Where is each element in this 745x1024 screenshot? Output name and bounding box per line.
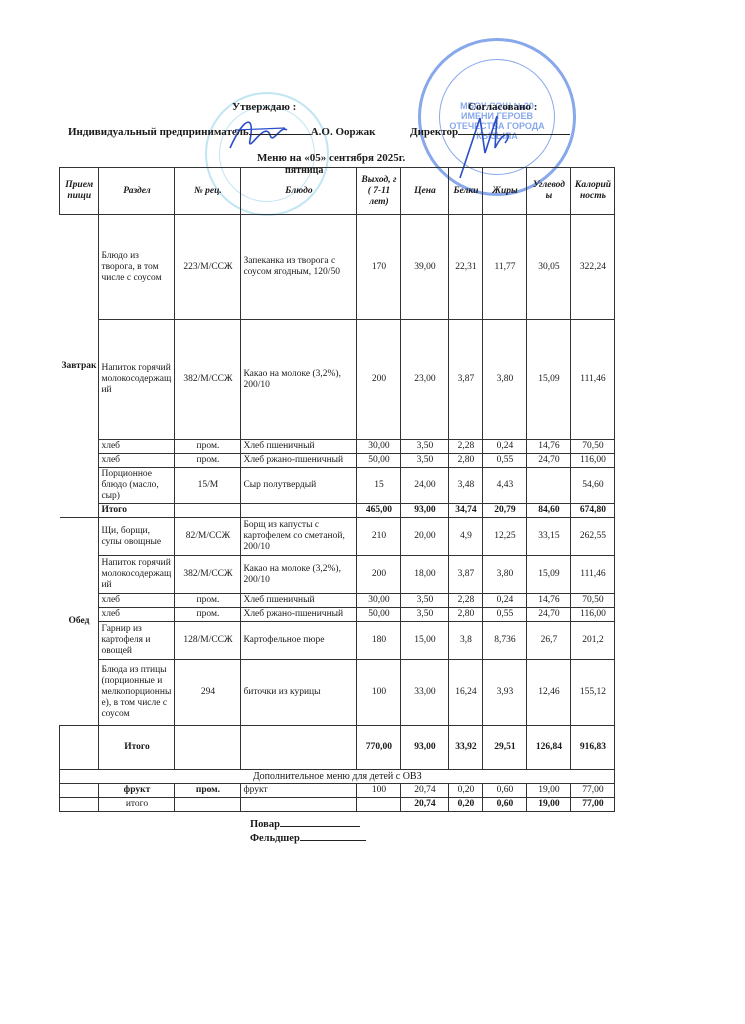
- total-row: итого20,740,200,6019,0077,00: [60, 798, 615, 812]
- cell-kcal: 262,55: [571, 518, 615, 556]
- cell-recipe: пром.: [175, 440, 241, 454]
- total-yield: 465,00: [357, 504, 401, 518]
- table-row: Гарнир из картофеля и овощей128/М/ССЖКар…: [60, 622, 615, 660]
- blank-cell: [241, 504, 357, 518]
- cell-protein: 3,48: [449, 468, 483, 504]
- cell-carbs: 12,46: [527, 660, 571, 726]
- cell-protein: 3,87: [449, 320, 483, 440]
- table-row: хлебпром.Хлеб ржано-пшеничный50,003,502,…: [60, 608, 615, 622]
- signature-line: [249, 134, 311, 135]
- col-meal: Прием пищи: [60, 168, 99, 215]
- cell-section: Блюдо из творога, в том числе с соусом: [99, 215, 175, 320]
- table-row: фруктпром.фрукт10020,740,200,6019,0077,0…: [60, 784, 615, 798]
- cell-recipe: пром.: [175, 784, 241, 798]
- table-row: Напиток горячий молокосодержащ ий382/М/С…: [60, 556, 615, 594]
- total-protein: 34,74: [449, 504, 483, 518]
- cell-fat: 12,25: [483, 518, 527, 556]
- blank-cell: [60, 784, 99, 798]
- col-dish: Блюдо: [241, 168, 357, 215]
- col-protein: Белки: [449, 168, 483, 215]
- medic-label: Фельдшер: [250, 833, 300, 844]
- cell-price: 33,00: [401, 660, 449, 726]
- cell-dish: Хлеб ржано-пшеничный: [241, 608, 357, 622]
- cell-dish: биточки из курицы: [241, 660, 357, 726]
- cell-protein: 0,20: [449, 784, 483, 798]
- blank-cell: [60, 798, 99, 812]
- total-fat: 29,51: [483, 726, 527, 770]
- cell-protein: 3,8: [449, 622, 483, 660]
- cell-carbs: 14,76: [527, 594, 571, 608]
- total-price: 20,74: [401, 798, 449, 812]
- total-label: Итого: [99, 504, 175, 518]
- meal-label: Обед: [60, 518, 99, 726]
- cell-section: Порционное блюдо (масло, сыр): [99, 468, 175, 504]
- cell-protein: 22,31: [449, 215, 483, 320]
- extra-menu-title-row: Дополнительное меню для детей с ОВЗ: [60, 770, 615, 784]
- cell-recipe: пром.: [175, 454, 241, 468]
- medic-line: Фельдшер: [250, 832, 366, 846]
- total-protein: 0,20: [449, 798, 483, 812]
- col-fat: Жиры: [483, 168, 527, 215]
- entrepreneur-name: А.О. Ооржак: [311, 126, 376, 138]
- cell-kcal: 111,46: [571, 320, 615, 440]
- col-recipe: № рец.: [175, 168, 241, 215]
- cell-section: Напиток горячий молокосодержащ ий: [99, 320, 175, 440]
- col-price: Цена: [401, 168, 449, 215]
- total-row: Итого770,0093,0033,9229,51126,84916,83: [60, 726, 615, 770]
- cell-kcal: 322,24: [571, 215, 615, 320]
- agree-label: Согласовано :: [468, 101, 537, 113]
- cell-recipe: 15/М: [175, 468, 241, 504]
- cook-label: Повар: [250, 819, 280, 830]
- table-row: Порционное блюдо (масло, сыр)15/МСыр пол…: [60, 468, 615, 504]
- cell-yield: 30,00: [357, 440, 401, 454]
- cell-fat: 3,80: [483, 556, 527, 594]
- menu-title: Меню на «05» сентября 2025г.: [257, 152, 405, 164]
- director-label: Директор: [410, 126, 458, 138]
- cell-fat: 0,55: [483, 608, 527, 622]
- cell-yield: 180: [357, 622, 401, 660]
- cell-yield: 200: [357, 556, 401, 594]
- cell-price: 3,50: [401, 440, 449, 454]
- table-row: хлебпром.Хлеб ржано-пшеничный50,003,502,…: [60, 454, 615, 468]
- cell-section: фрукт: [99, 784, 175, 798]
- col-kcal: Калорий ность: [571, 168, 615, 215]
- cell-protein: 2,28: [449, 440, 483, 454]
- cell-kcal: 77,00: [571, 784, 615, 798]
- cell-kcal: 201,2: [571, 622, 615, 660]
- cell-fat: 3,80: [483, 320, 527, 440]
- menu-table: Прием пищи Раздел № рец. Блюдо Выход, г …: [59, 167, 615, 812]
- cell-price: 15,00: [401, 622, 449, 660]
- entrepreneur-label: Индивидуальный предприниматель: [68, 126, 249, 138]
- cell-price: 18,00: [401, 556, 449, 594]
- cell-section: Напиток горячий молокосодержащ ий: [99, 556, 175, 594]
- table-row: хлебпром.Хлеб пшеничный30,003,502,280,24…: [60, 594, 615, 608]
- cell-price: 3,50: [401, 594, 449, 608]
- cell-fat: 3,93: [483, 660, 527, 726]
- cell-carbs: 30,05: [527, 215, 571, 320]
- cell-section: Блюда из птицы (порционные и мелкопорцио…: [99, 660, 175, 726]
- total-label: Итого: [99, 726, 175, 770]
- table-header-row: Прием пищи Раздел № рец. Блюдо Выход, г …: [60, 168, 615, 215]
- cell-dish: Сыр полутвердый: [241, 468, 357, 504]
- cell-dish: Какао на молоке (3,2%), 200/10: [241, 556, 357, 594]
- cell-carbs: 33,15: [527, 518, 571, 556]
- meal-label: Завтрак: [60, 215, 99, 518]
- cell-carbs: 15,09: [527, 556, 571, 594]
- cell-dish: Хлеб пшеничный: [241, 594, 357, 608]
- cell-recipe: пром.: [175, 608, 241, 622]
- cell-dish: Картофельное пюре: [241, 622, 357, 660]
- cell-price: 23,00: [401, 320, 449, 440]
- total-price: 93,00: [401, 726, 449, 770]
- blank-cell: [60, 726, 99, 770]
- cell-protein: 4,9: [449, 518, 483, 556]
- cell-protein: 3,87: [449, 556, 483, 594]
- total-price: 93,00: [401, 504, 449, 518]
- cell-dish: Запеканка из творога с соусом ягодным, 1…: [241, 215, 357, 320]
- table-row: ОбедЩи, борщи, супы овощные82/М/ССЖБорщ …: [60, 518, 615, 556]
- cell-protein: 2,80: [449, 608, 483, 622]
- cell-carbs: [527, 468, 571, 504]
- cell-yield: 50,00: [357, 608, 401, 622]
- cell-yield: 30,00: [357, 594, 401, 608]
- total-kcal: 674,80: [571, 504, 615, 518]
- table-row: Напиток горячий молокосодержащ ий382/М/С…: [60, 320, 615, 440]
- cell-recipe: 294: [175, 660, 241, 726]
- cell-fat: 0,55: [483, 454, 527, 468]
- col-carbs: Углевод ы: [527, 168, 571, 215]
- cell-section: Щи, борщи, супы овощные: [99, 518, 175, 556]
- cell-kcal: 155,12: [571, 660, 615, 726]
- signature-line: [280, 826, 360, 827]
- cell-kcal: 70,50: [571, 594, 615, 608]
- cell-dish: фрукт: [241, 784, 357, 798]
- table-row: Блюда из птицы (порционные и мелкопорцио…: [60, 660, 615, 726]
- cell-yield: 210: [357, 518, 401, 556]
- approve-label: Утверждаю :: [232, 101, 296, 113]
- cell-recipe: 82/М/ССЖ: [175, 518, 241, 556]
- blank-cell: [175, 504, 241, 518]
- cell-section: хлеб: [99, 440, 175, 454]
- table-row: хлебпром.Хлеб пшеничный30,003,502,280,24…: [60, 440, 615, 454]
- cell-yield: 15: [357, 468, 401, 504]
- blank-cell: [357, 798, 401, 812]
- table-row: ЗавтракБлюдо из творога, в том числе с с…: [60, 215, 615, 320]
- cell-carbs: 19,00: [527, 784, 571, 798]
- cell-price: 39,00: [401, 215, 449, 320]
- cell-price: 3,50: [401, 608, 449, 622]
- footer-signatures: Повар Фельдшер: [250, 818, 366, 846]
- cell-yield: 100: [357, 784, 401, 798]
- cell-fat: 0,24: [483, 594, 527, 608]
- total-carbs: 19,00: [527, 798, 571, 812]
- total-fat: 0,60: [483, 798, 527, 812]
- cell-yield: 200: [357, 320, 401, 440]
- total-kcal: 916,83: [571, 726, 615, 770]
- cell-dish: Хлеб ржано-пшеничный: [241, 454, 357, 468]
- blank-cell: [175, 726, 241, 770]
- cell-protein: 2,80: [449, 454, 483, 468]
- cell-recipe: 128/М/ССЖ: [175, 622, 241, 660]
- total-label: итого: [99, 798, 175, 812]
- total-fat: 20,79: [483, 504, 527, 518]
- cell-price: 20,74: [401, 784, 449, 798]
- cell-carbs: 14,76: [527, 440, 571, 454]
- total-carbs: 84,60: [527, 504, 571, 518]
- cell-recipe: 382/М/ССЖ: [175, 556, 241, 594]
- cell-protein: 2,28: [449, 594, 483, 608]
- cell-recipe: пром.: [175, 594, 241, 608]
- col-section: Раздел: [99, 168, 175, 215]
- cell-carbs: 24,70: [527, 454, 571, 468]
- cell-dish: Борщ из капусты с картофелем со сметаной…: [241, 518, 357, 556]
- cell-section: хлеб: [99, 454, 175, 468]
- cell-kcal: 116,00: [571, 454, 615, 468]
- signature-line: [458, 134, 570, 135]
- cell-price: 3,50: [401, 454, 449, 468]
- total-protein: 33,92: [449, 726, 483, 770]
- total-carbs: 126,84: [527, 726, 571, 770]
- cell-fat: 4,43: [483, 468, 527, 504]
- blank-cell: [241, 798, 357, 812]
- cell-carbs: 24,70: [527, 608, 571, 622]
- cell-fat: 8,736: [483, 622, 527, 660]
- cell-fat: 0,60: [483, 784, 527, 798]
- director-line: Директор: [410, 126, 570, 138]
- cell-carbs: 26,7: [527, 622, 571, 660]
- cell-protein: 16,24: [449, 660, 483, 726]
- cell-section: Гарнир из картофеля и овощей: [99, 622, 175, 660]
- entrepreneur-line: Индивидуальный предпринимательА.О. Ооржа…: [68, 126, 375, 138]
- cell-fat: 0,24: [483, 440, 527, 454]
- extra-menu-title: Дополнительное меню для детей с ОВЗ: [60, 770, 615, 784]
- cell-yield: 50,00: [357, 454, 401, 468]
- cell-dish: Хлеб пшеничный: [241, 440, 357, 454]
- blank-cell: [241, 726, 357, 770]
- col-yield: Выход, г ( 7-11 лет): [357, 168, 401, 215]
- cell-section: хлеб: [99, 594, 175, 608]
- signature-line: [300, 840, 366, 841]
- cell-recipe: 223/М/ССЖ: [175, 215, 241, 320]
- total-yield: 770,00: [357, 726, 401, 770]
- total-row: Итого465,0093,0034,7420,7984,60674,80: [60, 504, 615, 518]
- cell-dish: Какао на молоке (3,2%), 200/10: [241, 320, 357, 440]
- cell-price: 24,00: [401, 468, 449, 504]
- cell-kcal: 54,60: [571, 468, 615, 504]
- cell-kcal: 116,00: [571, 608, 615, 622]
- blank-cell: [175, 798, 241, 812]
- cell-yield: 100: [357, 660, 401, 726]
- cell-recipe: 382/М/ССЖ: [175, 320, 241, 440]
- cell-kcal: 70,50: [571, 440, 615, 454]
- cell-section: хлеб: [99, 608, 175, 622]
- cell-yield: 170: [357, 215, 401, 320]
- cook-line: Повар: [250, 818, 366, 832]
- cell-carbs: 15,09: [527, 320, 571, 440]
- total-kcal: 77,00: [571, 798, 615, 812]
- cell-kcal: 111,46: [571, 556, 615, 594]
- cell-price: 20,00: [401, 518, 449, 556]
- cell-fat: 11,77: [483, 215, 527, 320]
